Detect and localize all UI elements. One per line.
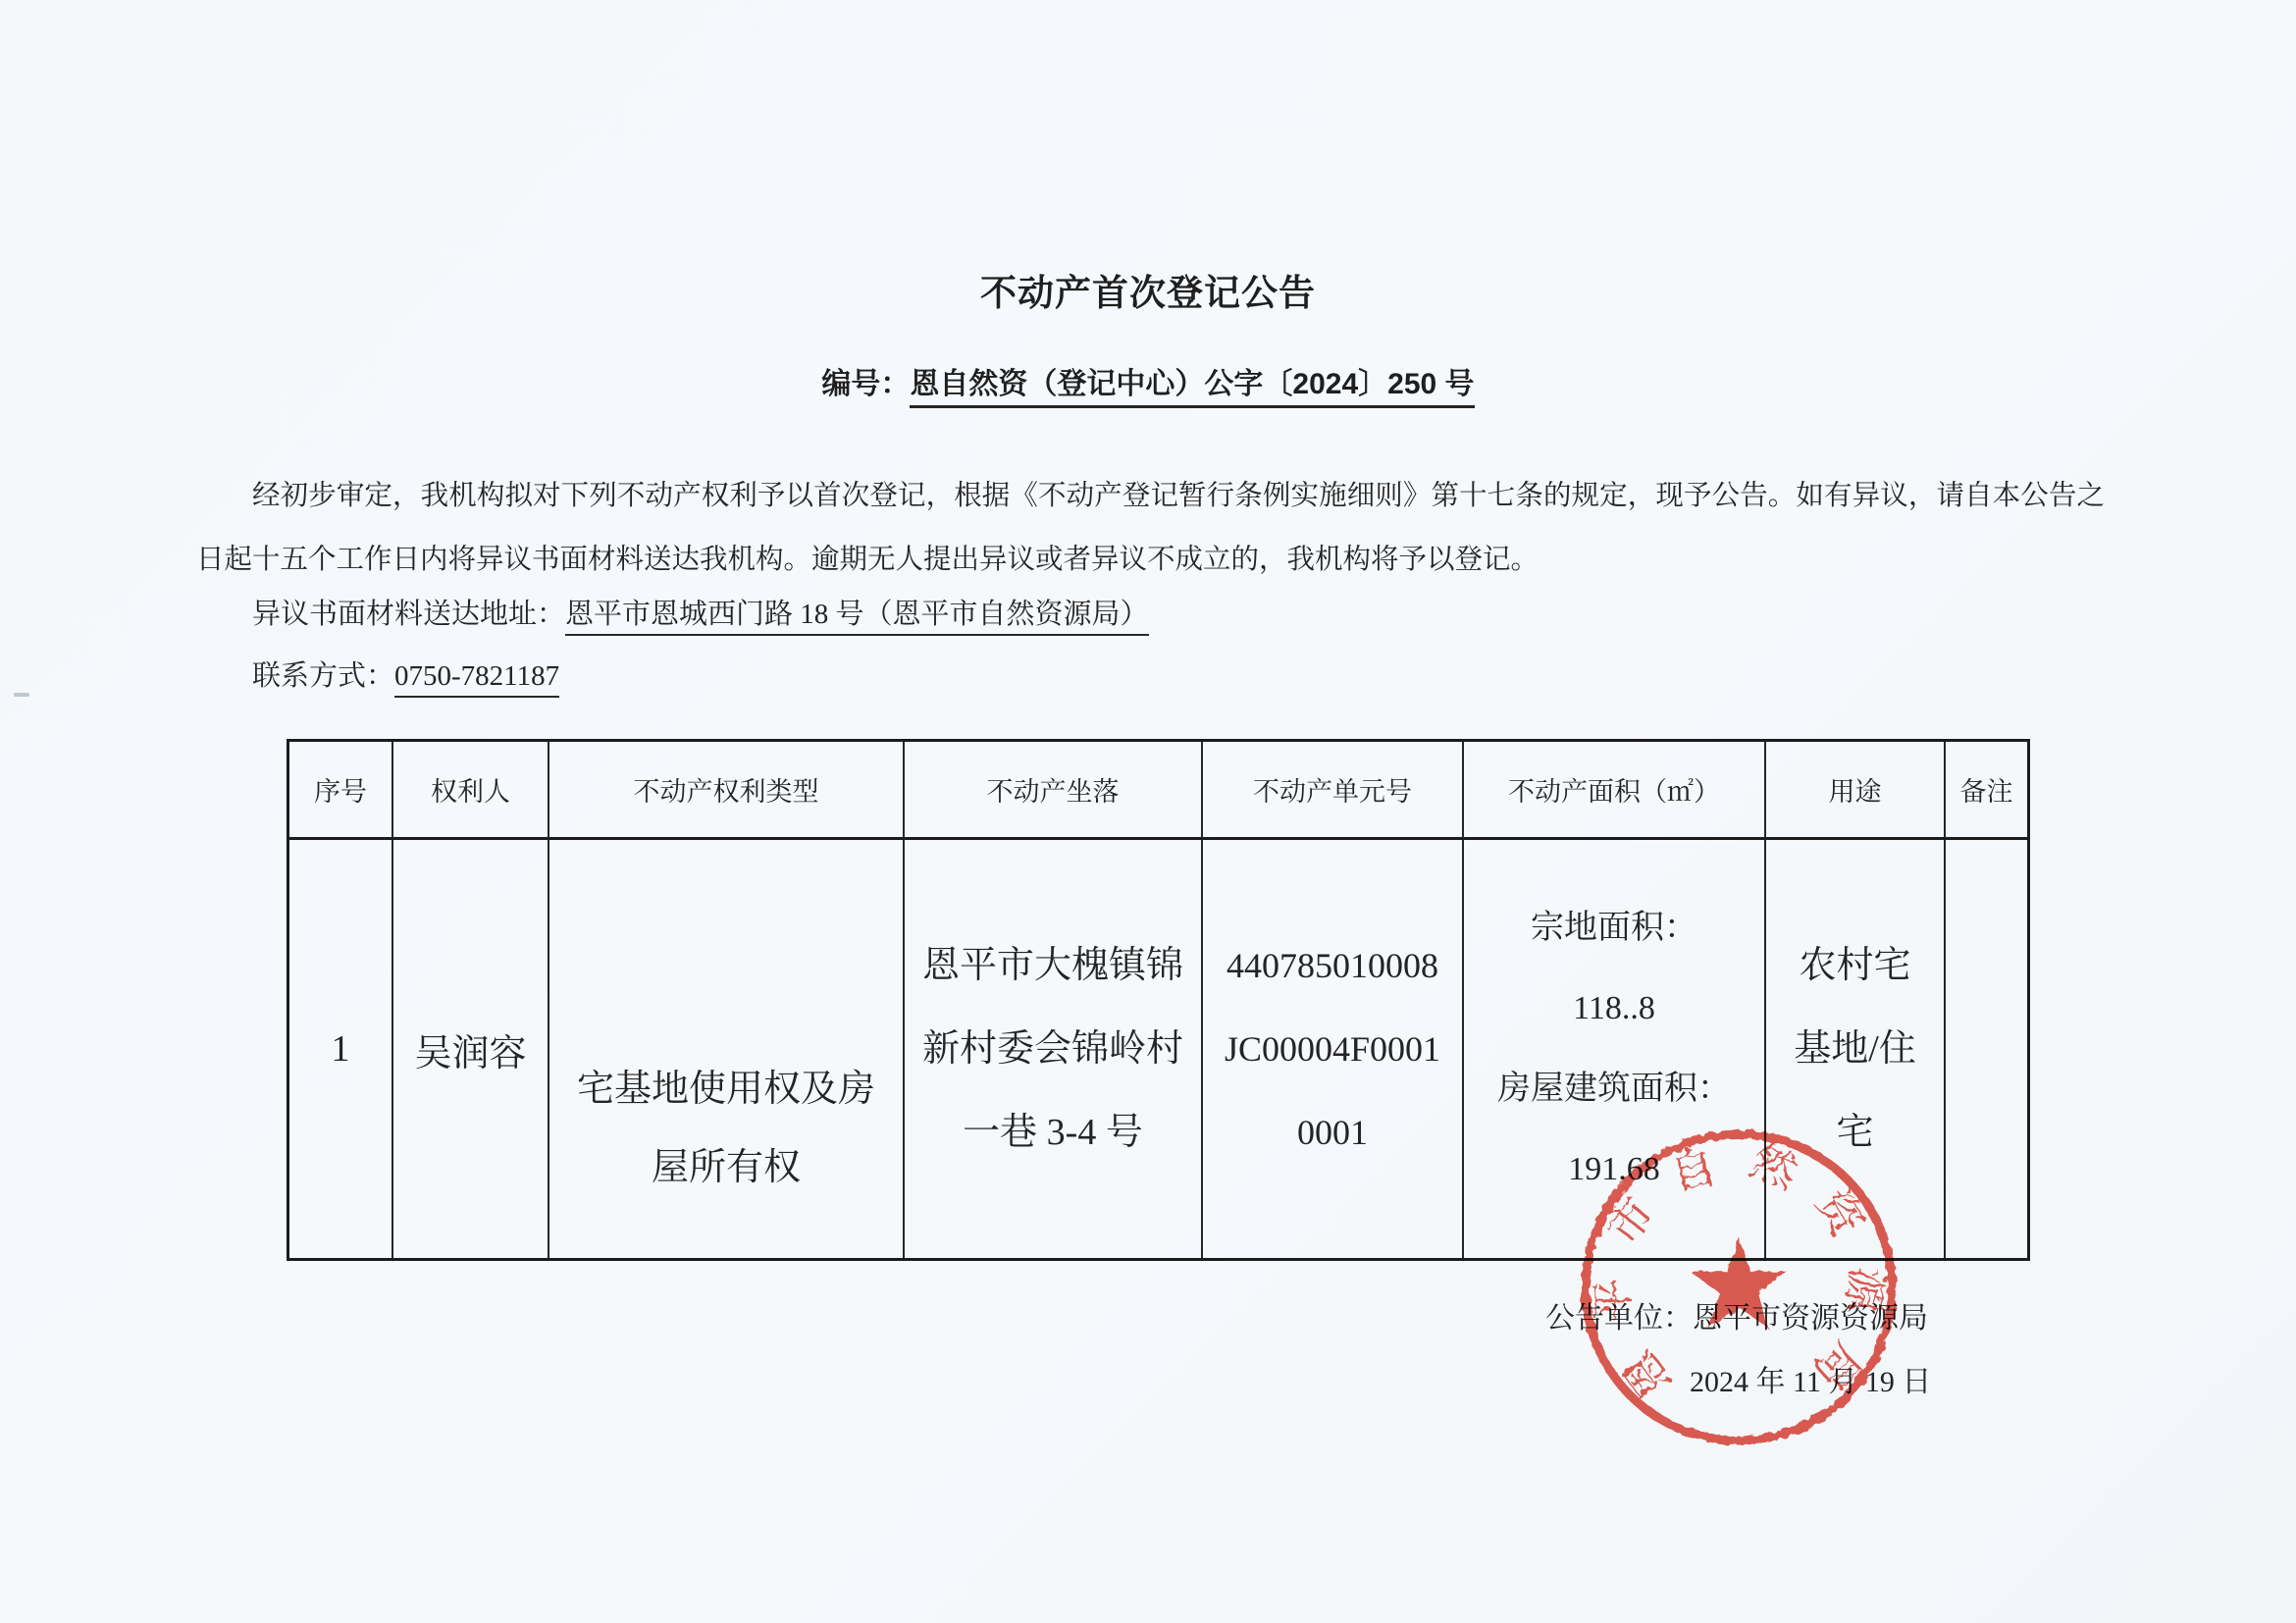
seal-star bbox=[1691, 1236, 1788, 1329]
header-usage: 用途 bbox=[1766, 742, 1946, 840]
scanned-announcement-page: 不动产首次登记公告 编号：恩自然资（登记中心）公字〔2024〕250 号 经初步… bbox=[0, 0, 2296, 1623]
contact-value: 0750-7821187 bbox=[394, 660, 559, 698]
cell-location: 恩平市大槐镇锦新村委会锦岭村一巷 3-4 号 bbox=[905, 840, 1203, 1258]
scan-smudge bbox=[14, 693, 29, 697]
cell-remark bbox=[1946, 840, 2027, 1258]
doc-number-label: 编号： bbox=[821, 368, 910, 400]
header-remark: 备注 bbox=[1946, 742, 2027, 840]
cell-seq: 1 bbox=[289, 840, 393, 1258]
page-title: 不动产首次登记公告 bbox=[0, 263, 2296, 316]
cell-right-type: 宅基地使用权及房屋所有权 bbox=[549, 840, 905, 1258]
doc-number-value: 恩自然资（登记中心）公字〔2024〕250 号 bbox=[910, 368, 1474, 408]
header-location: 不动产坐落 bbox=[905, 742, 1203, 840]
cell-unit-no: 440785010008JC00004F00010001 bbox=[1203, 840, 1464, 1258]
contact-line: 联系方式：0750-7821187 bbox=[252, 654, 559, 694]
header-area: 不动产面积（㎡） bbox=[1464, 742, 1766, 840]
announcement-paragraph: 经初步审定，我机构拟对下列不动产权利予以首次登记，根据《不动产登记暂行条例实施细… bbox=[196, 464, 2105, 592]
header-right-type: 不动产权利类型 bbox=[549, 742, 905, 840]
objection-address-line: 异议书面材料送达地址：恩平市恩城西门路 18 号（恩平市自然资源局） bbox=[252, 592, 1149, 632]
header-holder: 权利人 bbox=[393, 742, 549, 840]
header-unit-no: 不动产单元号 bbox=[1203, 742, 1464, 840]
cell-holder: 吴润容 bbox=[393, 840, 549, 1258]
header-seq: 序号 bbox=[289, 742, 393, 840]
objection-address-value: 恩平市恩城西门路 18 号（恩平市自然资源局） bbox=[565, 599, 1149, 636]
doc-number-line: 编号：恩自然资（登记中心）公字〔2024〕250 号 bbox=[0, 359, 2296, 402]
official-seal: 恩平市自然资源局 bbox=[1572, 1121, 1905, 1454]
contact-label: 联系方式： bbox=[252, 660, 394, 692]
objection-address-label: 异议书面材料送达地址： bbox=[252, 599, 565, 630]
